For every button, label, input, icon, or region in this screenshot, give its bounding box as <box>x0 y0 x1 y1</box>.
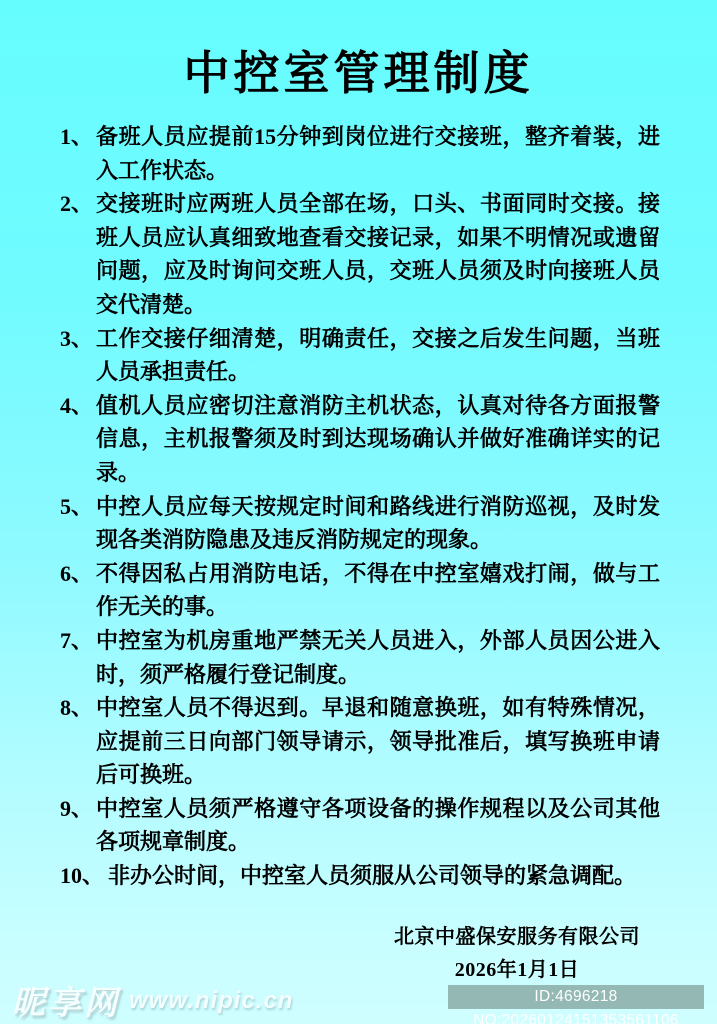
rule-number: 2、 <box>60 187 96 321</box>
rules-list: 1、 备班人员应提前15分钟到岗位进行交接班，整齐着装，进入工作状态。 2、 交… <box>60 120 660 893</box>
rule-text: 中控室人员不得迟到。早退和随意换班，如有特殊情况，应提前三日向部门领导请示，领导… <box>96 691 660 792</box>
rule-number: 8、 <box>60 691 96 792</box>
rule-number: 10、 <box>60 859 108 893</box>
rule-number: 4、 <box>60 389 96 490</box>
rule-item: 10、 非办公时间，中控室人员须服从公司领导的紧急调配。 <box>60 859 660 893</box>
page-title: 中控室管理制度 <box>0 0 717 102</box>
rule-item: 2、 交接班时应两班人员全部在场，口头、书面同时交接。接班人员应认真细致地查看交… <box>60 187 660 321</box>
rule-item: 8、 中控室人员不得迟到。早退和随意换班，如有特殊情况，应提前三日向部门领导请示… <box>60 691 660 792</box>
rule-number: 5、 <box>60 490 96 557</box>
watermark-logo: 昵享网 <box>12 977 120 1024</box>
watermark-url: www.nipic.cn <box>129 987 293 1015</box>
rule-text: 工作交接仔细清楚，明确责任，交接之后发生问题，当班人员承担责任。 <box>96 322 660 389</box>
rule-number: 9、 <box>60 792 96 859</box>
rule-number: 3、 <box>60 322 96 389</box>
signature-block: 北京中盛保安服务有限公司 2026年1月1日 <box>392 921 642 987</box>
rule-text: 中控室为机房重地严禁无关人员进入，外部人员因公进入时，须严格履行登记制度。 <box>96 624 660 691</box>
rule-item: 6、 不得因私占用消防电话，不得在中控室嬉戏打闹，做与工作无关的事。 <box>60 557 660 624</box>
rule-text: 交接班时应两班人员全部在场，口头、书面同时交接。接班人员应认真细致地查看交接记录… <box>96 187 660 321</box>
rule-number: 7、 <box>60 624 96 691</box>
nipic-watermark: 昵享网 www.nipic.cn <box>12 977 293 1024</box>
rule-text: 中控室人员须严格遵守各项设备的操作规程以及公司其他各项规章制度。 <box>96 792 660 859</box>
rule-number: 6、 <box>60 557 96 624</box>
image-id-badge: ID:4696218 NO:20260124151353561106 <box>448 985 704 1009</box>
issue-date: 2026年1月1日 <box>392 954 642 987</box>
rule-item: 1、 备班人员应提前15分钟到岗位进行交接班，整齐着装，进入工作状态。 <box>60 120 660 187</box>
rule-item: 7、 中控室为机房重地严禁无关人员进入，外部人员因公进入时，须严格履行登记制度。 <box>60 624 660 691</box>
rule-text: 非办公时间，中控室人员须服从公司领导的紧急调配。 <box>108 859 660 893</box>
rule-item: 4、 值机人员应密切注意消防主机状态，认真对待各方面报警信息，主机报警须及时到达… <box>60 389 660 490</box>
rule-text: 中控人员应每天按规定时间和路线进行消防巡视，及时发现各类消防隐患及违反消防规定的… <box>96 490 660 557</box>
rule-number: 1、 <box>60 120 96 187</box>
rule-item: 3、 工作交接仔细清楚，明确责任，交接之后发生问题，当班人员承担责任。 <box>60 322 660 389</box>
company-name: 北京中盛保安服务有限公司 <box>392 921 642 954</box>
rule-item: 5、 中控人员应每天按规定时间和路线进行消防巡视，及时发现各类消防隐患及违反消防… <box>60 490 660 557</box>
rule-text: 备班人员应提前15分钟到岗位进行交接班，整齐着装，进入工作状态。 <box>96 120 660 187</box>
rule-text: 值机人员应密切注意消防主机状态，认真对待各方面报警信息，主机报警须及时到达现场确… <box>96 389 660 490</box>
rule-text: 不得因私占用消防电话，不得在中控室嬉戏打闹，做与工作无关的事。 <box>96 557 660 624</box>
rule-item: 9、 中控室人员须严格遵守各项设备的操作规程以及公司其他各项规章制度。 <box>60 792 660 859</box>
poster-page: 中控室管理制度 1、 备班人员应提前15分钟到岗位进行交接班，整齐着装，进入工作… <box>0 0 717 1024</box>
